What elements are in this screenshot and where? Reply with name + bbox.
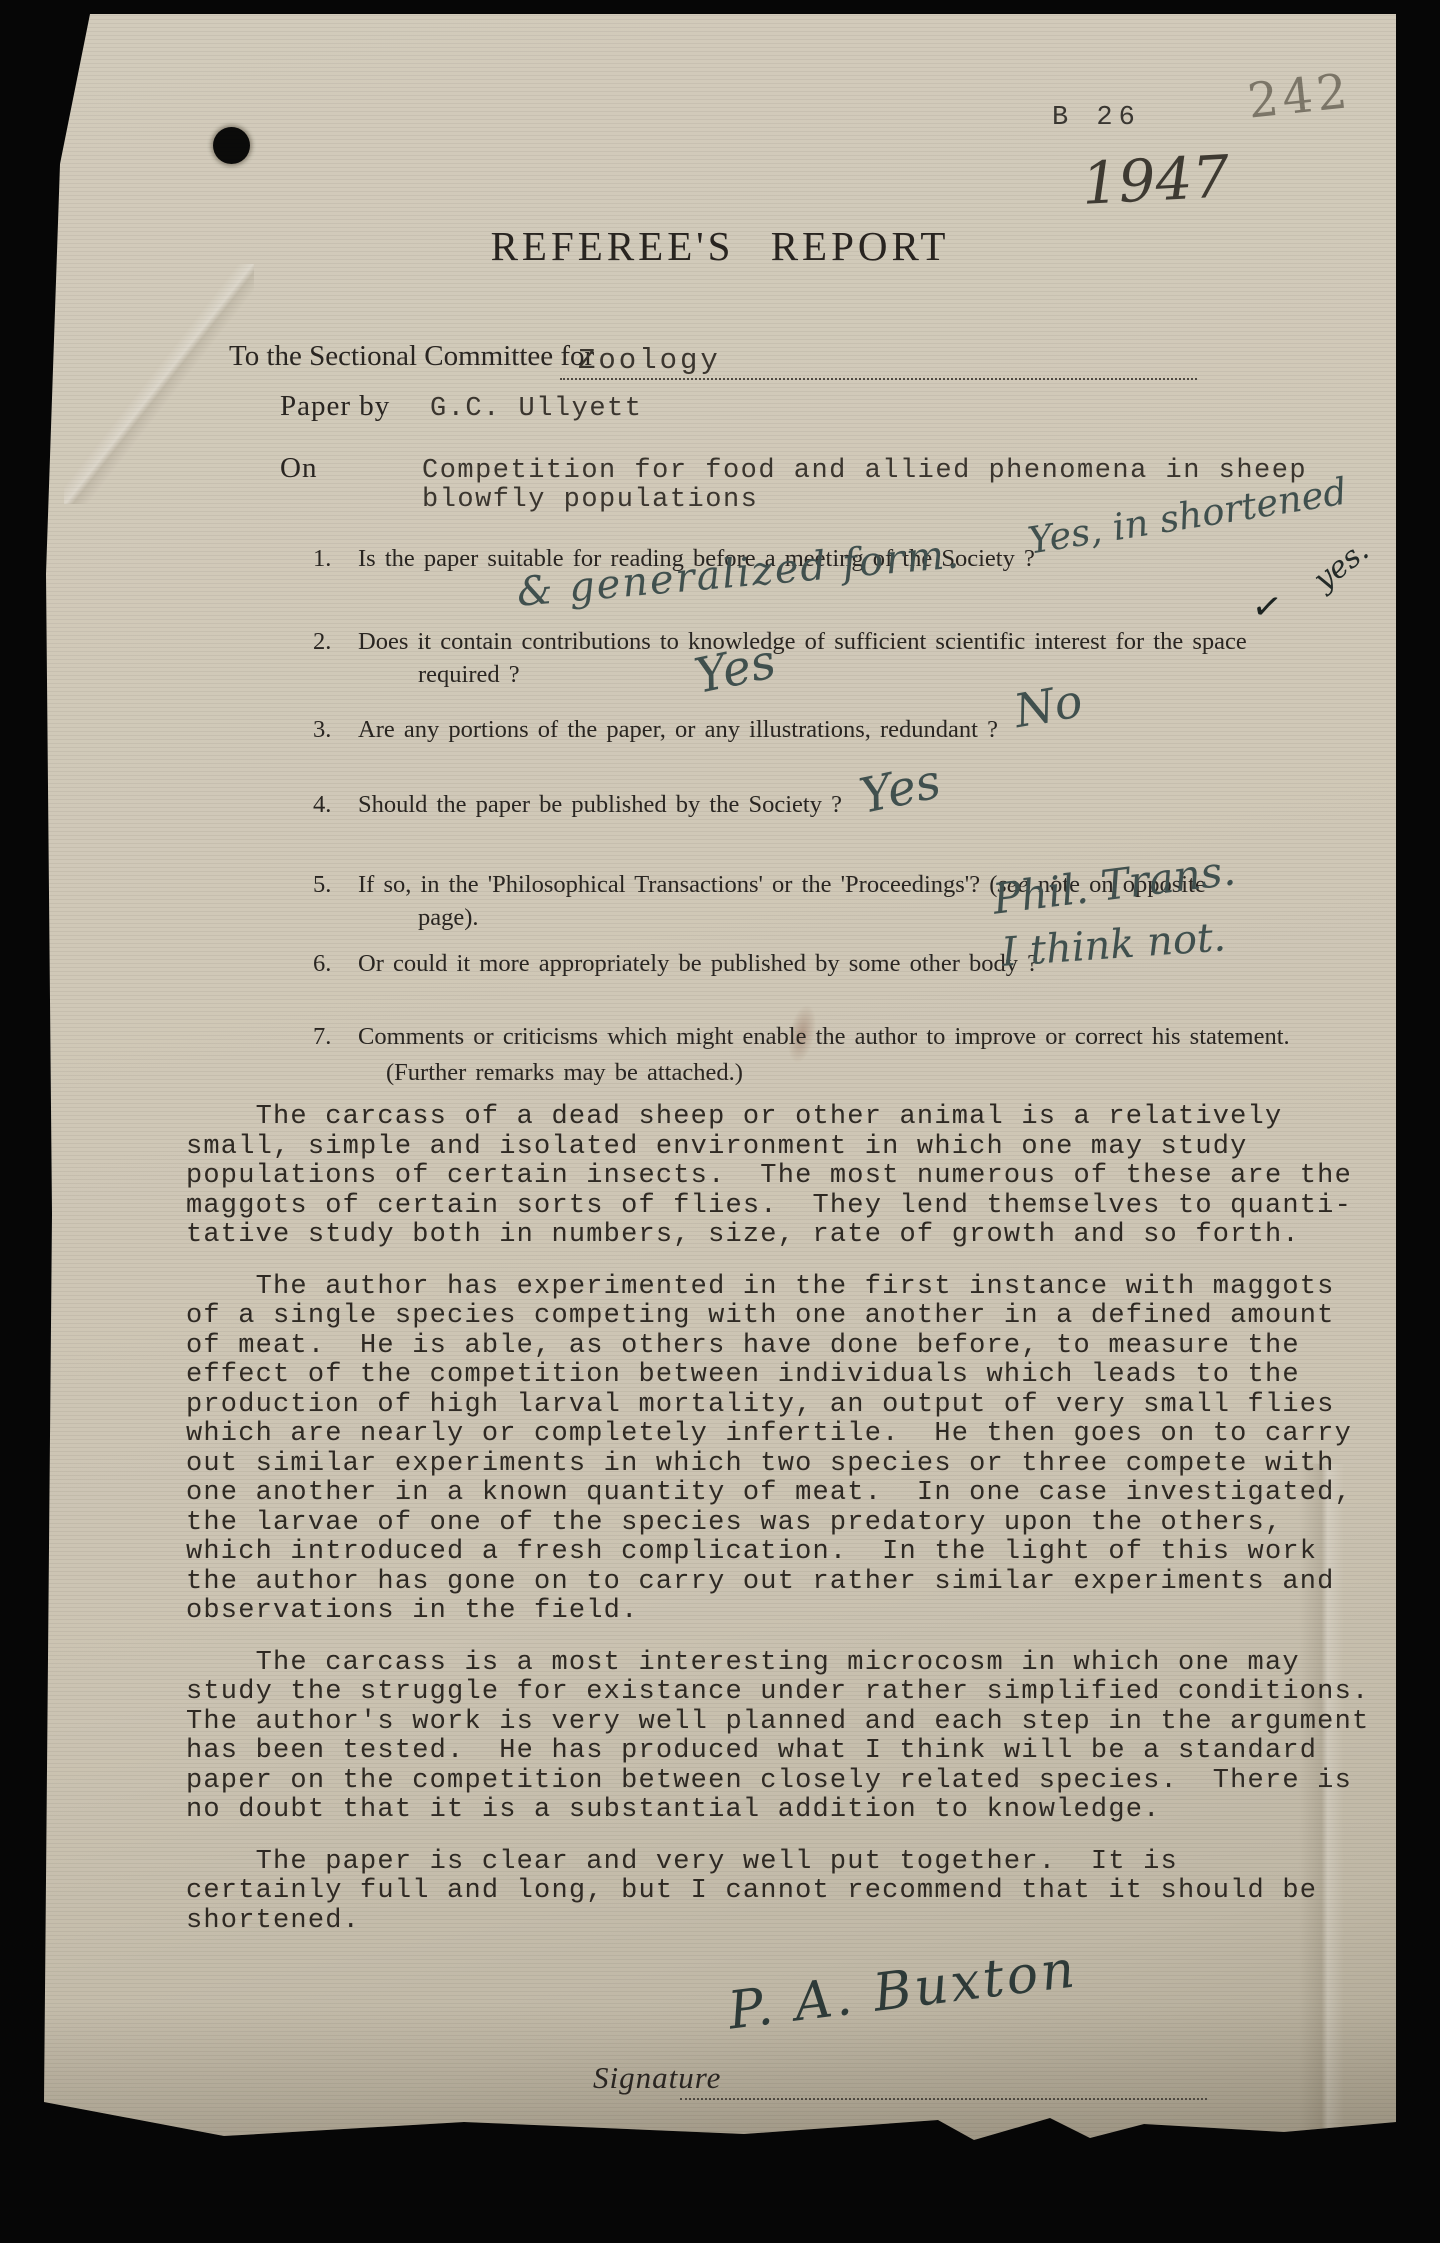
body-line: maggots of certain sorts of flies. They … xyxy=(186,1192,1382,1222)
body-paragraph: The carcass is a most interesting microc… xyxy=(186,1649,1382,1826)
body-line: The carcass is a most interesting microc… xyxy=(186,1649,1382,1679)
body-line: out similar experiments in which two spe… xyxy=(186,1450,1382,1480)
body-paragraph: The carcass of a dead sheep or other ani… xyxy=(186,1103,1382,1251)
pencil-folio-number: 242 xyxy=(1245,63,1354,130)
paper-by-label: Paper by xyxy=(280,390,390,423)
question-number: 5. xyxy=(313,871,351,899)
question-text: Are any portions of the paper, or any il… xyxy=(358,716,998,744)
body-line: the larvae of one of the species was pre… xyxy=(186,1509,1382,1539)
question-text: Does it contain contributions to knowled… xyxy=(358,628,1247,656)
page-title: REFEREE'S REPORT xyxy=(44,222,1396,270)
body-line: which introduced a fresh complication. I… xyxy=(186,1538,1382,1568)
body-line: The carcass of a dead sheep or other ani… xyxy=(186,1103,1382,1133)
punch-hole xyxy=(213,127,250,164)
body-paragraph: The paper is clear and very well put tog… xyxy=(186,1848,1382,1937)
body-line: small, simple and isolated environment i… xyxy=(186,1133,1382,1163)
answer-q6: I think not. xyxy=(1000,914,1227,976)
body-line: which are nearly or completely infertile… xyxy=(186,1420,1382,1450)
question-number: 7. xyxy=(313,1023,351,1051)
body-line: The paper is clear and very well put tog… xyxy=(186,1848,1382,1878)
question-number: 2. xyxy=(313,628,351,656)
question-text-pre: If so, in the 'Philosophical Transaction… xyxy=(358,871,997,898)
body-line: The author has experimented in the first… xyxy=(186,1273,1382,1303)
question-2-line2: required ? xyxy=(418,661,520,689)
form-code: B 26 xyxy=(1052,103,1141,133)
question-text: Should the paper be published by the Soc… xyxy=(358,791,842,819)
body-paragraph: The author has experimented in the first… xyxy=(186,1273,1382,1627)
committee-value: Zoology xyxy=(578,344,721,377)
question-text: Comments or criticisms which might enabl… xyxy=(358,1023,1290,1051)
body-line: effect of the competition between indivi… xyxy=(186,1361,1382,1391)
question-text: Or could it more appropriately be publis… xyxy=(358,950,1038,978)
answer-q1-line2: & generalized form. xyxy=(515,531,963,616)
body-line: the author has gone on to carry out rath… xyxy=(186,1568,1382,1598)
body-line: production of high larval mortality, an … xyxy=(186,1391,1382,1421)
check-mark-icon: ✓ xyxy=(1249,585,1285,630)
report-paper: 242 B 26 1947 REFEREE'S REPORT To the Se… xyxy=(44,14,1396,2164)
body-line: tative study both in numbers, size, rate… xyxy=(186,1221,1382,1251)
body-line: of meat. He is able, as others have done… xyxy=(186,1332,1382,1362)
answer-q4: Yes xyxy=(855,753,945,825)
body-line: of a single species competing with one a… xyxy=(186,1302,1382,1332)
body-line: observations in the field. xyxy=(186,1597,1382,1627)
question-number: 1. xyxy=(313,545,351,573)
question-number: 6. xyxy=(313,950,351,978)
paper-crease xyxy=(64,264,254,504)
body-line: has been tested. He has produced what I … xyxy=(186,1737,1382,1767)
typed-report-body: The carcass of a dead sheep or other ani… xyxy=(186,1103,1382,1958)
answer-q3: No xyxy=(1010,673,1086,738)
body-line: certainly full and long, but I cannot re… xyxy=(186,1877,1382,1907)
paper-by-value: G.C. Ullyett xyxy=(430,394,642,424)
body-line: paper on the competition between closely… xyxy=(186,1767,1382,1797)
subject-line-1: Competition for food and allied phenomen… xyxy=(422,456,1307,486)
signature-dotted-line xyxy=(680,2066,1207,2100)
handwritten-year: 1947 xyxy=(1080,142,1231,218)
body-line: populations of certain insects. The most… xyxy=(186,1162,1382,1192)
question-number: 4. xyxy=(313,791,351,819)
document-scan: 242 B 26 1947 REFEREE'S REPORT To the Se… xyxy=(0,0,1440,2243)
subject-label: On xyxy=(280,452,317,485)
body-line: shortened. xyxy=(186,1907,1382,1937)
question-5-line2: page). xyxy=(418,904,479,932)
margin-note-q1: yes. xyxy=(1307,533,1376,597)
question-7-line2: (Further remarks may be attached.) xyxy=(386,1059,743,1087)
body-line: one another in a known quantity of meat.… xyxy=(186,1479,1382,1509)
committee-label: To the Sectional Committee for xyxy=(229,340,594,373)
body-line: study the struggle for existance under r… xyxy=(186,1678,1382,1708)
body-line: no doubt that it is a substantial additi… xyxy=(186,1796,1382,1826)
body-line: The author's work is very well planned a… xyxy=(186,1708,1382,1738)
subject-line-2: blowfly populations xyxy=(422,485,758,515)
answer-q5: Phil. Trans. xyxy=(990,845,1238,923)
question-number: 3. xyxy=(313,716,351,744)
